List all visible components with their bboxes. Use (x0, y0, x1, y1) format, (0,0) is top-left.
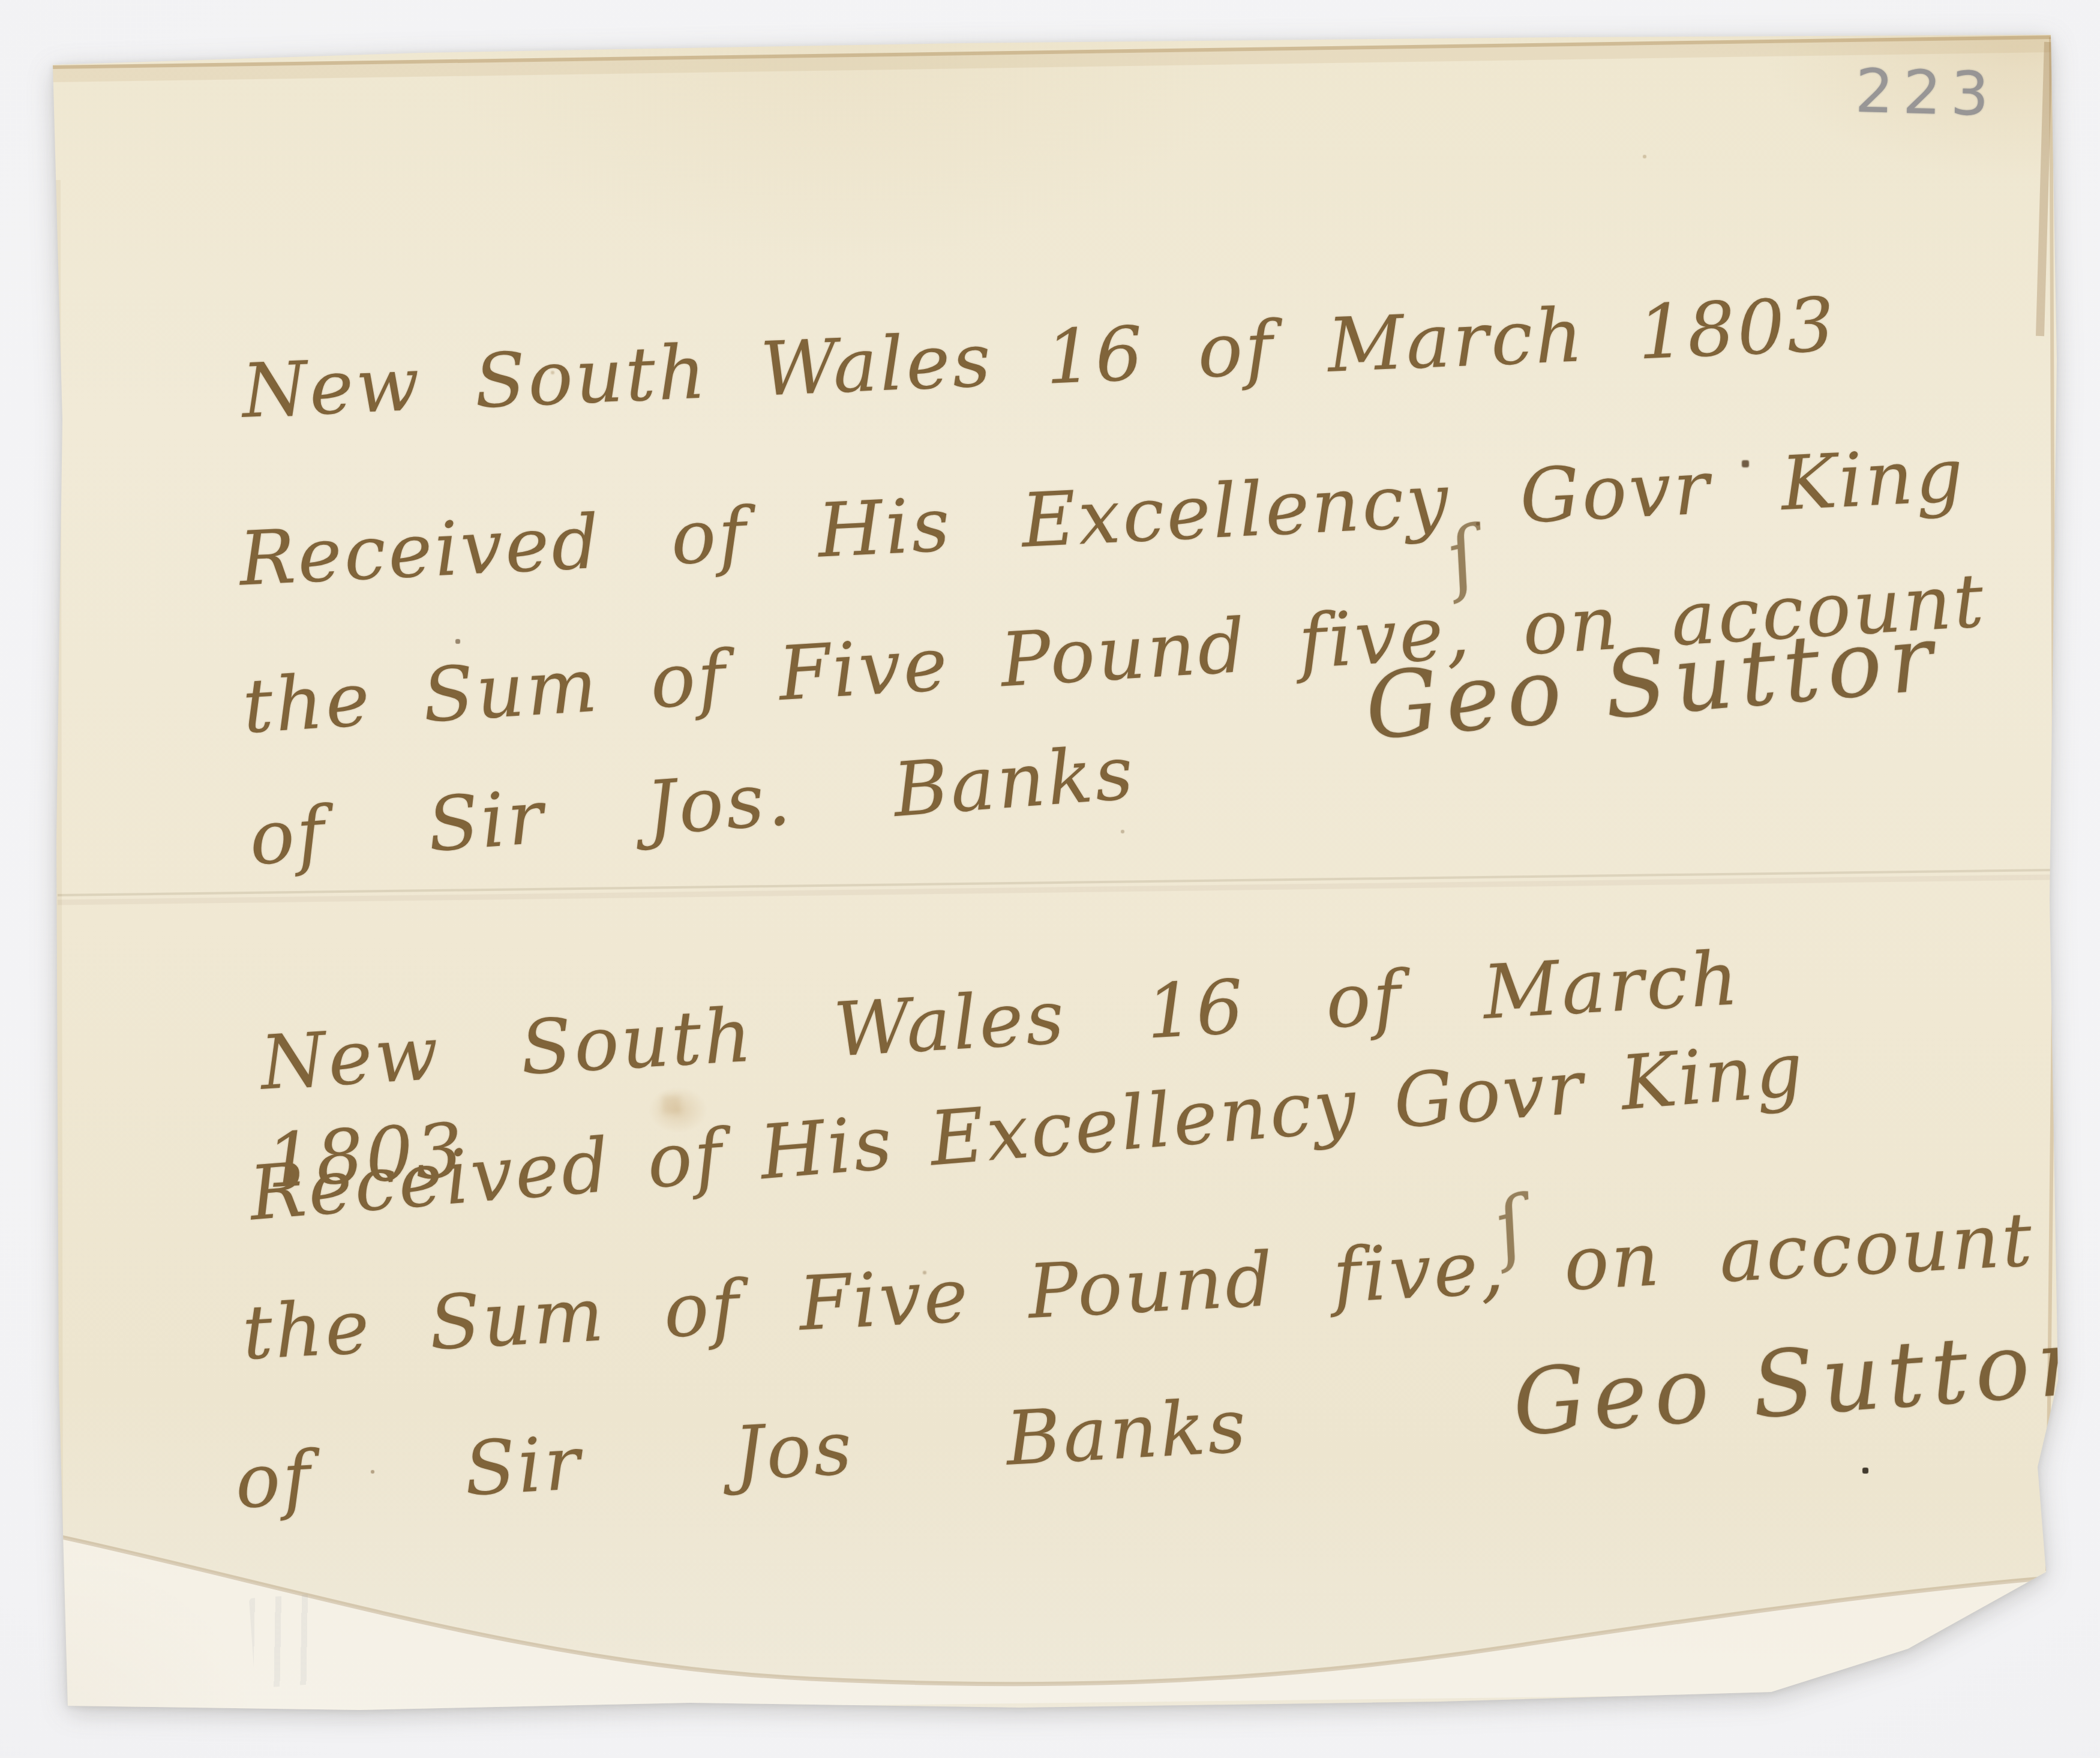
paper-sheet: 223 New South Wales 16 of March 1803 Rec… (0, 0, 2100, 1758)
page-number: 223 (1855, 58, 2000, 128)
ink-specks (0, 0, 1, 1)
right-edge-tear (2040, 42, 2048, 336)
top-edge-line (53, 37, 2051, 67)
paper-surface: 223 New South Wales 16 of March 1803 Rec… (0, 0, 2100, 1758)
top-edge-band (53, 46, 2051, 76)
receipt1-place-date-line: New South Wales 16 of March 1803 (240, 277, 1839, 442)
stain-tide-line (56, 1536, 2048, 1684)
receipt2-account-line: of Sir Jos Banks (233, 1378, 1251, 1532)
scanned-document-page: 223 New South Wales 16 of March 1803 Rec… (0, 0, 2100, 1758)
fold-crease-shadow (58, 877, 2052, 902)
watermark-mark (249, 1594, 321, 1688)
receipt1-account-line: of Sir Jos. Banks (246, 724, 1139, 889)
left-edge-shading (58, 180, 60, 1560)
receipt2-signature: Geo Suttor (1509, 1305, 2092, 1461)
stain-wash-area (56, 1536, 2048, 1711)
